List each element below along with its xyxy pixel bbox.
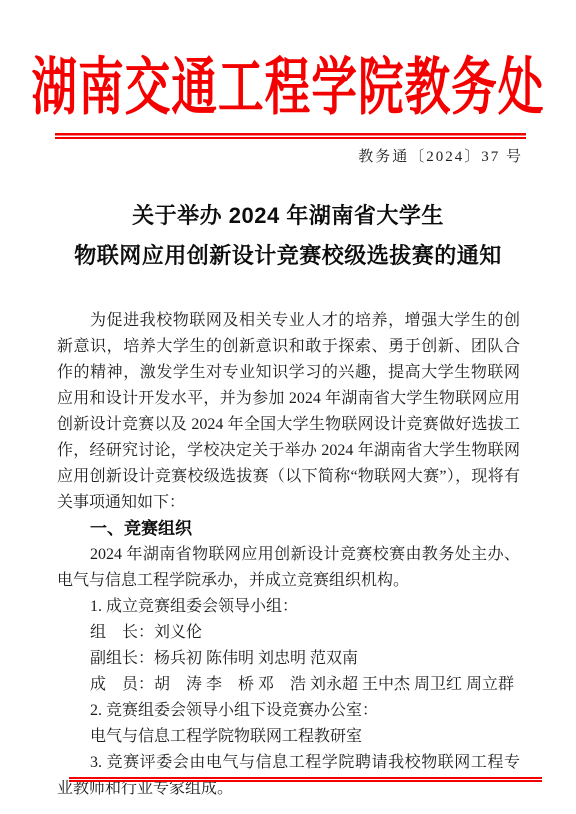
document-title-line2: 物联网应用创新设计竞赛校级选拔赛的通知 bbox=[0, 236, 576, 276]
section-heading-organization: 一、竞赛组织 bbox=[57, 516, 520, 542]
notice-document-page: 湖南交通工程学院教务处 教务通〔2024〕37 号 关于举办 2024 年湖南省… bbox=[0, 0, 576, 814]
document-title-line1: 关于举办 2024 年湖南省大学生 bbox=[0, 196, 576, 236]
deputy-leaders-line: 副组长：杨兵初 陈伟明 刘忠明 范双南 bbox=[57, 646, 520, 672]
footer-divider-line bbox=[69, 777, 542, 782]
letterhead-title: 湖南交通工程学院教务处 bbox=[0, 40, 576, 136]
list-item-2: 2. 竞赛组委会领导小组下设竞赛办公室： bbox=[57, 698, 520, 724]
document-title: 关于举办 2024 年湖南省大学生 物联网应用创新设计竞赛校级选拔赛的通知 bbox=[0, 196, 576, 276]
members-line: 成 员：胡 涛 李 桥 邓 浩 刘永超 王中杰 周卫红 周立群 bbox=[57, 672, 520, 698]
office-line: 电气与信息工程学院物联网工程教研室 bbox=[57, 724, 520, 750]
organization-paragraph: 2024 年湖南省物联网应用创新设计竞赛校赛由教务处主办、电气与信息工程学院承办… bbox=[57, 542, 520, 594]
document-body: 为促进我校物联网及相关专业人才的培养，增强大学生的创新意识，培养大学生的创新意识… bbox=[0, 308, 576, 802]
document-number: 教务通〔2024〕37 号 bbox=[0, 149, 576, 166]
list-item-1: 1. 成立竞赛组委会领导小组： bbox=[57, 594, 520, 620]
intro-paragraph: 为促进我校物联网及相关专业人才的培养，增强大学生的创新意识，培养大学生的创新意识… bbox=[57, 308, 520, 516]
list-item-3: 3. 竞赛评委会由电气与信息工程学院聘请我校物联网工程专业教师和行业专家组成。 bbox=[57, 750, 520, 802]
leader-line: 组 长：刘义伦 bbox=[57, 620, 520, 646]
